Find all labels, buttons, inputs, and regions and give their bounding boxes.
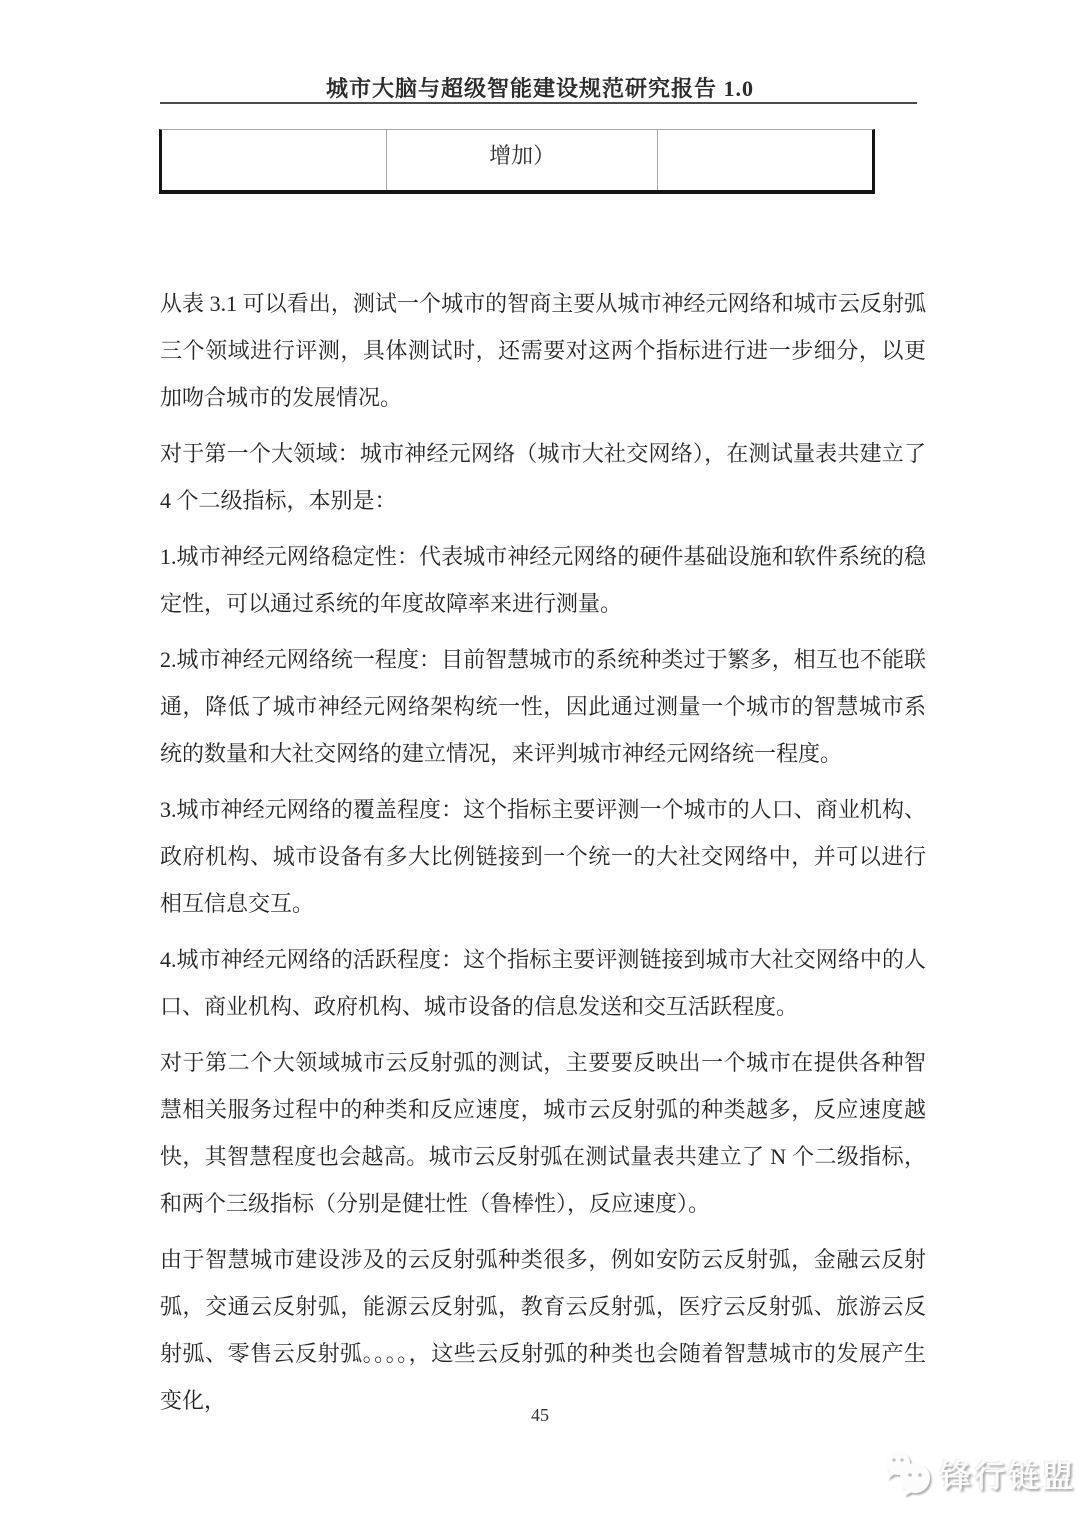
paragraph: 对于第一个大领域：城市神经元网络（城市大社交网络），在测试量表共建立了 4 个二… <box>160 430 926 524</box>
watermark-logo: 锋行链盟 <box>882 1448 1076 1498</box>
paragraph: 4.城市神经元网络的活跃程度：这个指标主要评测链接到城市大社交网络中的人口、商业… <box>160 936 926 1030</box>
document-header-title: 城市大脑与超级智能建设规范研究报告 1.0 <box>0 72 1080 103</box>
wechat-chat-bubbles-icon <box>882 1448 934 1498</box>
document-body: 从表 3.1 可以看出，测试一个城市的智商主要从城市神经元网络和城市云反射弧三个… <box>160 280 926 1433</box>
paragraph: 对于第二个大领域城市云反射弧的测试，主要要反映出一个城市在提供各种智慧相关服务过… <box>160 1039 926 1227</box>
document-page: 城市大脑与超级智能建设规范研究报告 1.0 增加） 从表 3.1 可以看出，测试… <box>0 0 1080 1527</box>
watermark-text: 锋行链盟 <box>940 1451 1076 1496</box>
table-cell-left <box>162 130 386 190</box>
page-number: 45 <box>0 1405 1080 1426</box>
paragraph: 2.城市神经元网络统一程度：目前智慧城市的系统种类过于繁多，相互也不能联通，降低… <box>160 636 926 777</box>
header-divider-line <box>160 102 917 104</box>
paragraph: 1.城市神经元网络稳定性：代表城市神经元网络的硬件基础设施和软件系统的稳定性，可… <box>160 533 926 627</box>
paragraph: 3.城市神经元网络的覆盖程度：这个指标主要评测一个城市的人口、商业机构、政府机构… <box>160 786 926 927</box>
table-cell-right <box>657 130 872 190</box>
table-continuation: 增加） <box>159 129 875 194</box>
paragraph: 由于智慧城市建设涉及的云反射弧种类很多，例如安防云反射弧，金融云反射弧，交通云反… <box>160 1236 926 1424</box>
table-cell-middle: 增加） <box>386 130 657 190</box>
paragraph: 从表 3.1 可以看出，测试一个城市的智商主要从城市神经元网络和城市云反射弧三个… <box>160 280 926 421</box>
